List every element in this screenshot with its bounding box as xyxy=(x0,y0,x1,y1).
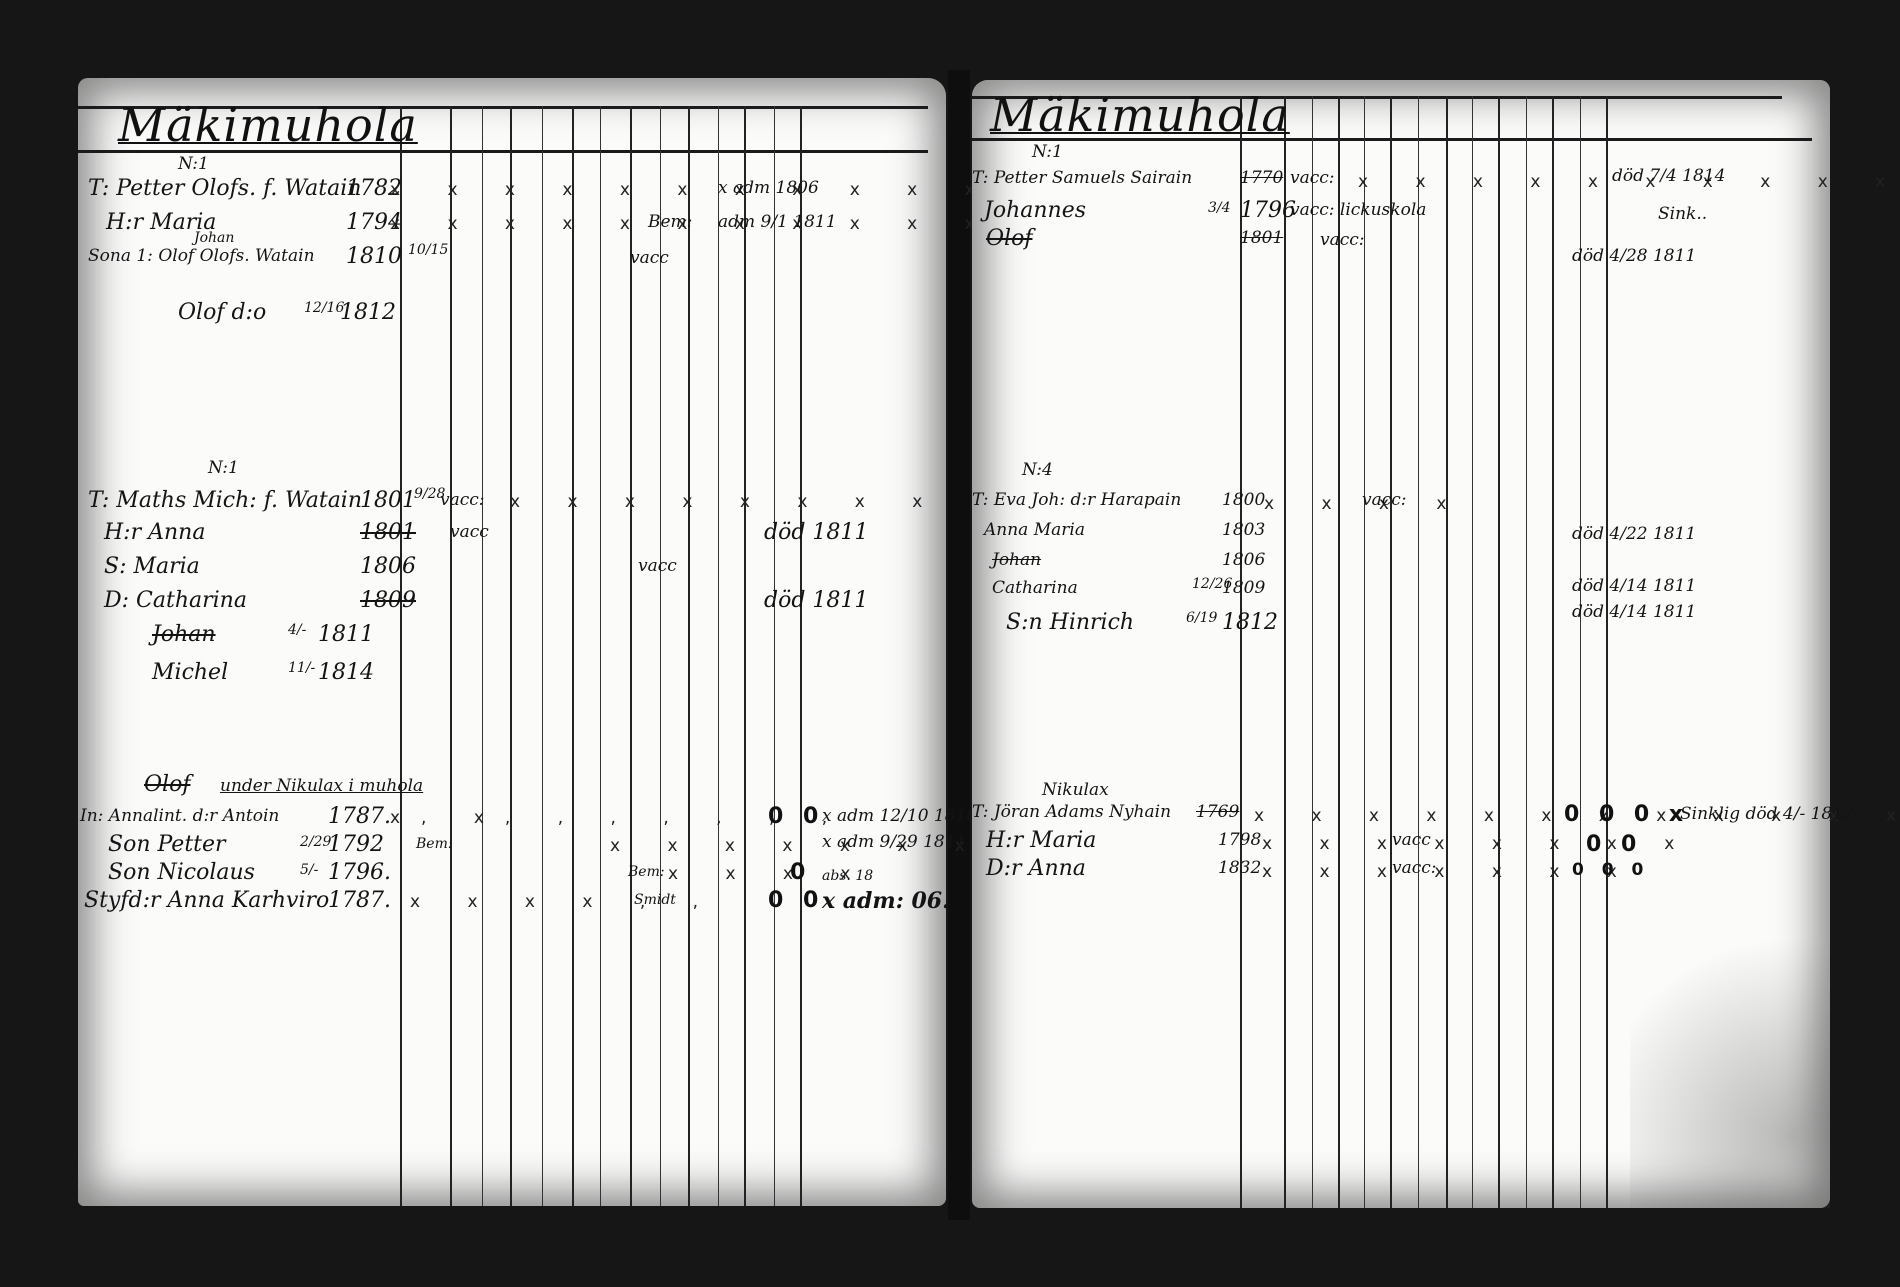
entry-year: 1796 xyxy=(1240,198,1296,223)
entry-name: Catharina xyxy=(992,578,1078,598)
column-rule xyxy=(800,106,802,1206)
book-spine xyxy=(948,70,970,1220)
entry-column-note: vacc: xyxy=(1392,858,1437,878)
entry-note: Sink.. xyxy=(1658,204,1707,224)
entry-name: Olof xyxy=(986,226,1032,251)
entry-column-note: Bem: xyxy=(628,864,665,880)
entry-column-note: vacc xyxy=(450,522,489,542)
entry-year: 1809 xyxy=(360,588,416,613)
entry-note: död 4/28 1811 xyxy=(1572,246,1696,266)
entry-note: x adm 1806 xyxy=(718,178,819,198)
entry-column-note: vacc xyxy=(630,248,669,268)
entry-name: Johan xyxy=(152,622,216,647)
entry-year: 1801 xyxy=(360,488,416,513)
entry-circles: 0 0 xyxy=(768,888,824,913)
entry-name: Michel xyxy=(152,660,228,685)
column-rule xyxy=(1240,96,1242,1208)
entry-year: 1806 xyxy=(360,554,416,579)
entry-note: abs. 18 xyxy=(822,868,873,884)
entry-note: död 4/14 1811 xyxy=(1572,576,1696,596)
entry-fraction: 3/4 xyxy=(1208,200,1231,216)
entry-name: D: Catharina xyxy=(104,588,247,613)
column-rule xyxy=(450,106,452,1206)
column-rule xyxy=(660,106,661,1206)
entry-year: 1811 xyxy=(318,622,374,647)
left-page: Mäkimuhola N:1 T: Petter Olofs. f. Watai… xyxy=(78,78,946,1206)
entry-name: D:r Anna xyxy=(986,856,1086,881)
column-rule xyxy=(744,106,746,1206)
column-rule xyxy=(1446,96,1448,1208)
column-rule xyxy=(1284,96,1286,1208)
entry-marks: x x x x x x x x x x x xyxy=(390,214,996,234)
entry-name: T: Petter Samuels Sairain xyxy=(972,168,1192,188)
right-page: Mäkimuhola N:1 T: Petter Samuels Sairain… xyxy=(972,80,1830,1208)
entry-column-note: Bem: xyxy=(416,836,453,852)
entry-year: 1800 xyxy=(1222,490,1265,510)
entry-year: 1812 xyxy=(1222,610,1278,635)
entry-year: 1787. xyxy=(328,888,391,913)
column-rule xyxy=(718,106,719,1206)
entry-year: 1796. xyxy=(328,860,391,885)
column-rule xyxy=(1526,96,1527,1208)
entry-note: Sinklig död 4/- 1812 xyxy=(1680,804,1854,824)
entry-year: 1801 xyxy=(360,520,416,545)
entry-note: död 4/22 1811 xyxy=(1572,524,1696,544)
column-rule xyxy=(600,106,601,1206)
entry-fraction: 2/29 xyxy=(300,834,331,850)
entry-column-note: vacc xyxy=(638,556,677,576)
entry-name: S: Maria xyxy=(104,554,200,579)
column-rule xyxy=(688,106,690,1206)
entry-name: Johan xyxy=(992,550,1041,570)
entry-name: Johannes xyxy=(984,198,1086,223)
entry-year: 1798 xyxy=(1218,830,1261,850)
entry-year: 1806 xyxy=(1222,550,1265,570)
entry-fraction: 11/- xyxy=(288,660,315,676)
entry-year: 1792 xyxy=(328,832,384,857)
entry-year: 1801 xyxy=(1240,228,1283,248)
entry-name: T: Eva Joh: d:r Harapain xyxy=(972,490,1181,510)
column-rule xyxy=(542,106,543,1206)
column-rule xyxy=(774,106,775,1206)
entry-name: Olof d:o xyxy=(178,300,266,325)
column-rule xyxy=(510,106,512,1206)
entry-year: 1810 xyxy=(346,244,402,269)
entry-note: x adm 12/10 1810 xyxy=(822,806,977,826)
entry-name: Son Nicolaus xyxy=(108,860,255,885)
entry-note: adm 9/1 1811 xyxy=(718,212,837,232)
column-rule xyxy=(1364,96,1365,1208)
entry-name: T: Jöran Adams Nyhain xyxy=(972,802,1171,822)
entry-marks: x x x x , , xyxy=(410,892,719,912)
household-number: N:1 xyxy=(1032,142,1063,162)
entry-fraction: 10/15 xyxy=(408,242,448,258)
entry-column-note: Bem: xyxy=(648,212,692,232)
column-rule xyxy=(630,106,632,1206)
entry-year: 1832 xyxy=(1218,858,1261,878)
entry-name: Sona 1: Olof Olofs. Watain xyxy=(88,246,315,266)
page-title: Mäkimuhola xyxy=(118,98,418,152)
column-rule xyxy=(1472,96,1473,1208)
entry-year: 1787. xyxy=(328,804,391,829)
entry-name: In: Annalint. d:r Antoin xyxy=(80,806,279,826)
column-rule xyxy=(572,106,574,1206)
entry-name: Styfd:r Anna Karhviro xyxy=(84,888,329,913)
entry-year: 1770 xyxy=(1240,168,1283,188)
entry-note: död 1811 xyxy=(764,588,868,613)
entry-marks: x x x x x x x x xyxy=(510,492,943,512)
entry-name: H:r Anna xyxy=(104,520,205,545)
entry-name: H:r Maria xyxy=(986,828,1096,853)
entry-note: död 4/14 1811 xyxy=(1572,602,1696,622)
household-heading-struck: Olof xyxy=(144,772,190,797)
entry-fraction: 6/19 xyxy=(1186,610,1217,626)
column-rule xyxy=(1312,96,1313,1208)
column-rule xyxy=(1338,96,1340,1208)
entry-circles: 0 0 0 x xyxy=(1564,802,1689,827)
entry-circles: 0 0 xyxy=(768,804,824,829)
column-rule xyxy=(400,106,402,1206)
entry-name: T: Petter Olofs. f. Watain xyxy=(88,176,361,201)
entry-column-note: vacc: xyxy=(1362,490,1407,510)
column-rule xyxy=(1390,96,1392,1208)
entry-name: Anna Maria xyxy=(984,520,1085,540)
entry-column-note: vacc: xyxy=(1320,230,1365,250)
page-title: Mäkimuhola xyxy=(990,88,1290,142)
household-number: N:1 xyxy=(208,458,239,478)
household-heading: under Nikulax i muhola xyxy=(220,776,423,796)
entry-column-note: vacc: xyxy=(440,490,485,510)
entry-year: 1803 xyxy=(1222,520,1265,540)
entry-year: 1812 xyxy=(340,300,396,325)
entry-note: död 1811 xyxy=(764,520,868,545)
column-rule xyxy=(482,106,483,1206)
entry-name-correction: Johan xyxy=(194,230,234,246)
entry-column-note: vacc: lickuskola xyxy=(1290,200,1426,220)
entry-name: S:n Hinrich xyxy=(1006,610,1134,635)
entry-fraction: 4/- xyxy=(288,622,306,638)
entry-year: 1814 xyxy=(318,660,374,685)
entry-year: 1809 xyxy=(1222,578,1265,598)
household-number: N:4 xyxy=(1022,460,1053,480)
household-heading: Nikulax xyxy=(1042,780,1109,800)
entry-column-note: vacc: xyxy=(1290,168,1335,188)
entry-note: x adm: 06. xyxy=(822,888,950,914)
entry-note: död 7/4 1814 xyxy=(1612,166,1725,186)
entry-name: Son Petter xyxy=(108,832,226,857)
column-rule xyxy=(1498,96,1500,1208)
entry-circles: 0 xyxy=(790,860,811,885)
column-rule xyxy=(1552,96,1554,1208)
entry-fraction: 5/- xyxy=(300,862,318,878)
entry-year: 1769 xyxy=(1196,802,1239,822)
entry-note: x adm 9/29 1811 xyxy=(822,832,966,852)
entry-column-note: vacc xyxy=(1392,830,1431,850)
entry-name: T: Maths Mich: f. Watain xyxy=(88,488,362,513)
paper-stain xyxy=(1630,848,1830,1208)
column-rule xyxy=(1418,96,1419,1208)
household-number: N:1 xyxy=(178,154,209,174)
entry-fraction: 12/16 xyxy=(304,300,344,316)
